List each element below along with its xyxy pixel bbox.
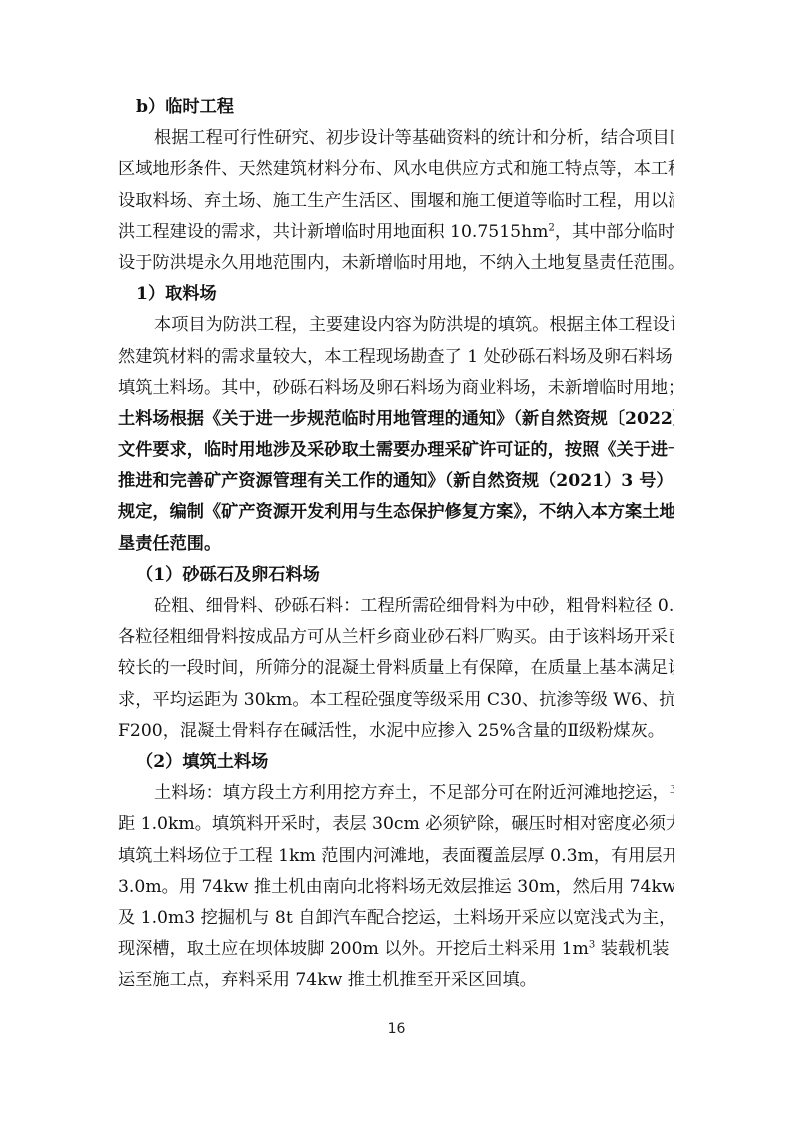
bold-text-line: 规定，编制《矿产资源开发利用与生态保护修复方案》，不纳入本方案土地复 [118, 497, 674, 528]
section-heading-borrow-area: 1）取料场 [118, 279, 674, 310]
text-line: 设取料场、弃土场、施工生产生活区、围堰和施工便道等临时工程，用以满足防 [118, 186, 674, 217]
paragraph-borrow-area: 本项目为防洪工程，主要建设内容为防洪堤的填筑。根据主体工程设计，天 然建筑材料的… [118, 310, 674, 560]
text-line: 距 1.0km。填筑料开采时，表层 30cm 必须铲除，碾压时相对密度必须大于 … [118, 809, 674, 840]
text-line: 各粒径粗细骨料按成品方可从兰杆乡商业砂石料厂购买。由于该料场开采已经有 [118, 622, 674, 653]
text-line: 现深槽，取土应在坝体坡脚 200m 以外。开挖后土料采用 1m3 装载机装 8t… [118, 934, 674, 965]
text-line: 砼粗、细骨料、砂砾石料：工程所需砼细骨料为中砂，粗骨料粒径 0.5～8cm， [118, 591, 674, 622]
bold-text-line: 推进和完善矿产资源管理有关工作的通知》（新自然资规（2021）3 号）等有关 [118, 466, 674, 497]
bold-text-line: 土料场根据《关于进一步规范临时用地管理的通知》（新自然资规〔2022〕2 号） [118, 404, 674, 435]
text-line: 设于防洪堤永久用地范围内，未新增临时用地，不纳入土地复垦责任范围。 [118, 248, 674, 279]
paragraph-gravel-pit: 砼粗、细骨料、砂砾石料：工程所需砼细骨料为中砂，粗骨料粒径 0.5～8cm， 各… [118, 591, 674, 747]
text-line: 运至施工点，弃料采用 74kw 推土机推至开采区回填。 [118, 965, 674, 996]
document-page: b）临时工程 根据工程可行性研究、初步设计等基础资料的统计和分析，结合项目区所处… [118, 92, 674, 996]
text-span: ，其中部分临时工程布 [555, 222, 674, 242]
text-line: 填筑土料场。其中，砂砾石料场及卵石料场为商业料场，未新增临时用地；填筑 [118, 373, 674, 404]
page-number: 16 [0, 1021, 793, 1037]
bold-text-line: 垦责任范围。 [118, 529, 674, 560]
text-line: 区域地形条件、天然建筑材料分布、风水电供应方式和施工特点等，本工程拟布 [118, 154, 674, 185]
text-span: 现深槽，取土应在坝体坡脚 200m 以外。开挖后土料采用 1m [118, 939, 589, 959]
text-line: 填筑土料场位于工程 1km 范围内河滩地，表面覆盖层厚 0.3m，有用层开采深度 [118, 841, 674, 872]
paragraph-fill-soil-pit: 土料场：填方段土方利用挖方弃土，不足部分可在附近河滩地挖运，平均运 距 1.0k… [118, 778, 674, 996]
text-line: 较长的一段时间，所筛分的混凝土骨料质量上有保障，在质量上基本满足设计要 [118, 653, 674, 684]
text-span: 洪工程建设的需求，共计新增临时用地面积 10.7515hm [118, 222, 548, 242]
text-span: 填筑土料场。其中，砂砾石料场及卵石料场为商业料场，未新增临时用地； [118, 378, 674, 398]
text-line: 本项目为防洪工程，主要建设内容为防洪堤的填筑。根据主体工程设计，天 [118, 310, 674, 341]
paragraph-temporary-works: 根据工程可行性研究、初步设计等基础资料的统计和分析，结合项目区所处 区域地形条件… [118, 123, 674, 279]
text-line: 及 1.0m3 挖掘机与 8t 自卸汽车配合挖运，土料场开采应以宽浅式为主，不应… [118, 903, 674, 934]
subsection-heading-fill-soil-pit: （2）填筑土料场 [118, 747, 674, 778]
section-heading-temporary-works: b）临时工程 [118, 92, 674, 123]
text-line: 洪工程建设的需求，共计新增临时用地面积 10.7515hm2，其中部分临时工程布 [118, 217, 674, 248]
text-line: F200，混凝土骨料存在碱活性，水泥中应掺入 25%含量的Ⅱ级粉煤灰。 [118, 716, 674, 747]
text-line: 根据工程可行性研究、初步设计等基础资料的统计和分析，结合项目区所处 [118, 123, 674, 154]
text-line: 求，平均运距为 30km。本工程砼强度等级采用 C30、抗渗等级 W6、抗冻等级 [118, 685, 674, 716]
text-span: 装载机装 8t 自卸车 [595, 939, 674, 959]
text-line: 然建筑材料的需求量较大，本工程现场勘查了 1 处砂砾石料场及卵石料场，2 条 [118, 342, 674, 373]
subsection-heading-gravel-pit: （1）砂砾石及卵石料场 [118, 560, 674, 591]
text-line: 3.0m。用 74kw 推土机由南向北将料场无效层推运 30m，然后用 74kw… [118, 872, 674, 903]
bold-text-line: 文件要求，临时用地涉及采砂取土需要办理采矿许可证的，按照《关于进一步 [118, 435, 674, 466]
text-line: 土料场：填方段土方利用挖方弃土，不足部分可在附近河滩地挖运，平均运 [118, 778, 674, 809]
